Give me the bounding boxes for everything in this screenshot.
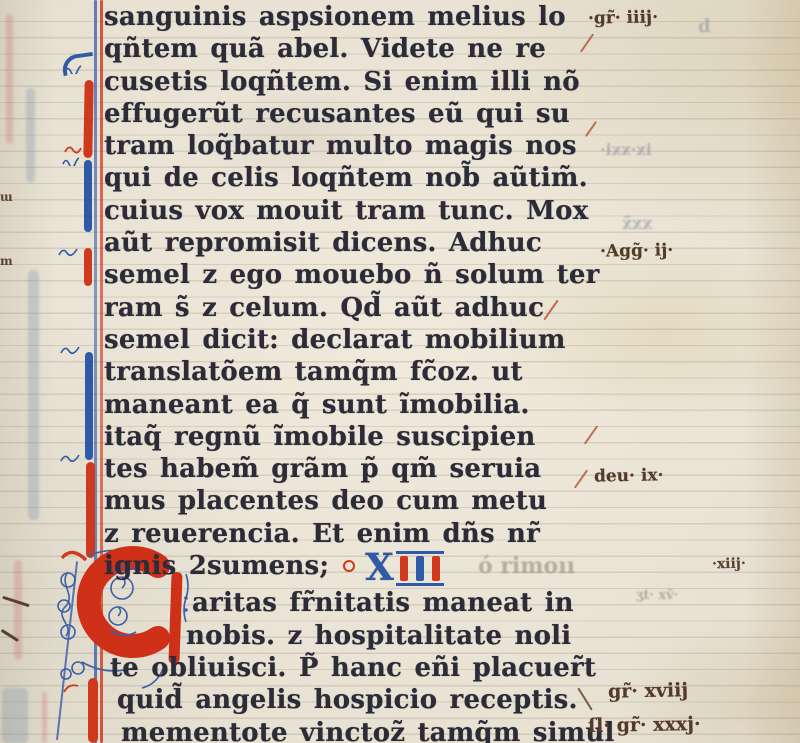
paraph-mark-blue [85, 352, 93, 460]
text-column: sanguinis aspsionem melius lo qñtem quã … [104, 1, 604, 743]
showthrough-stroke [26, 88, 35, 183]
text-line: aritas fr̃nitatis maneat in [104, 587, 604, 619]
showthrough-stroke [28, 270, 39, 520]
margin-note: deu· ix· [594, 465, 664, 486]
text-line: aũt repromisit dicens. Adhuc [104, 227, 604, 259]
text-line: mus placentes deo cum metu [104, 485, 604, 517]
showthrough-stroke [2, 688, 28, 743]
manuscript-photo: ɯ m [0, 0, 800, 743]
text-line: effugerũt recusantes eũ qui su [104, 98, 604, 130]
paraph-mark-red [84, 248, 92, 286]
paraph-mark-blue [84, 160, 92, 232]
text-line: te obliuisci. P̃ hanc eñi placuer̃t [104, 652, 604, 684]
margin-note: ſl· gr̃· xxxj· [588, 713, 701, 737]
showthrough-text: ix·xxi· [600, 140, 652, 159]
edge-pen-mark: ɯ [0, 190, 13, 204]
text-line: tram loq̃batur multo magis nos [104, 130, 604, 162]
showthrough-text: xxx̃ [622, 214, 652, 234]
showthrough-stroke [6, 14, 13, 144]
showthrough-text: ó rimoıı [478, 553, 575, 579]
pen-curl-icon [64, 64, 82, 74]
text-line: maneant ea q̃ sunt ĩmobilia. [104, 389, 604, 421]
pen-curl-icon [58, 246, 78, 257]
text-line: mementote vinctoz̃ tamq̃m simul [104, 717, 604, 743]
text-line: ram s̃ z celum. Qd̃ aũt adhuc [104, 292, 604, 324]
margin-note: gr̃· xviij [608, 679, 689, 702]
text-line: semel dicit: declarat mobilium [104, 324, 604, 356]
chapter-numeral-strokes [396, 551, 444, 586]
edge-pen-mark: m [0, 254, 13, 268]
margin-note: ·xiij· [712, 556, 746, 573]
showthrough-text: d [698, 16, 711, 37]
chapter-numeral-X: X [365, 552, 394, 582]
text-line: qñtem quã abel. Videte ne re [104, 33, 604, 65]
margin-note: ·gr̃· iiij· [588, 7, 658, 28]
text-line: itaq̃ regnũ ĩmobile suscipien [104, 421, 604, 453]
pen-curl-icon [60, 344, 80, 355]
numeral-stroke [432, 556, 440, 581]
text-line: translatõem tamq̃m fc̃oz. ut [104, 356, 604, 388]
showthrough-text: ʒt· xṽ· [636, 588, 678, 603]
text-line: quid̃ angelis hospicio receptis. [104, 684, 604, 716]
pen-curl-icon [60, 452, 80, 463]
showthrough-stroke [42, 692, 47, 743]
text-line: nobis. z hospitalitate noli [104, 620, 604, 652]
text-line: semel z ego mouebo ñ solum ter [104, 259, 604, 291]
text-line: qui de celis loqñtem nob̃ aũtim̃. [104, 162, 604, 194]
text-line: tes habem̃ grãm p̃ qm̃ seruia [104, 453, 604, 485]
rubric-ring-ornament [343, 560, 355, 572]
margin-note: ·Agg̃· ij· [600, 240, 674, 261]
text-line: sanguinis aspsionem melius lo [104, 1, 604, 33]
text-line: z reuerencia. Et enim dñs nr̃ [104, 518, 604, 550]
text-line: cuius vox mouit tram tunc. Mox [104, 195, 604, 227]
paraph-mark-red [83, 80, 93, 158]
numeral-stroke [416, 556, 424, 581]
chapter-line-text: ignis 2sumens; [104, 550, 329, 582]
pen-curl-icon [64, 144, 82, 154]
text-line: cusetis loqñtem. Si enim illi nõ [104, 66, 604, 98]
showthrough-stroke [14, 560, 22, 660]
numeral-stroke [400, 556, 408, 581]
pen-curl-icon [62, 156, 80, 166]
